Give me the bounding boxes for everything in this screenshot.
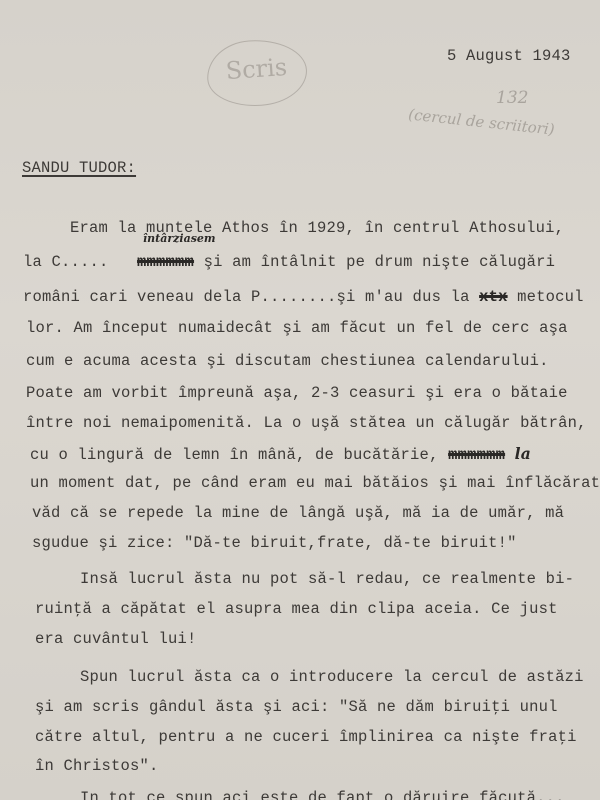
- handwritten-la: la: [515, 444, 531, 463]
- text-line: la C..... mmmmmm şi am întâlnit pe drum …: [23, 253, 555, 271]
- text-line: ruinţă a căpătat el asupra mea din clipa…: [35, 600, 558, 618]
- speaker-heading: SANDU TUDOR:: [22, 159, 136, 177]
- text-line: Insă lucrul ăsta nu pot să-l redau, ce r…: [80, 570, 574, 588]
- text-line: în Christos".: [35, 757, 159, 775]
- struck-word: xtx: [479, 288, 508, 306]
- text-line: un moment dat, pe când eram eu mai bătăi…: [30, 474, 600, 492]
- struck-word: mmmmmm: [137, 253, 194, 271]
- text-line: cu o lingură de lemn în mână, de bucătăr…: [30, 444, 531, 464]
- text-line: lor. Am început numaidecât şi am făcut u…: [26, 319, 568, 337]
- pencil-note: (cercul de scriitori): [407, 105, 555, 138]
- text-line: către altul, pentru a ne cuceri împlinir…: [35, 728, 577, 746]
- scris-stamp: Scris: [205, 37, 309, 110]
- text-line: români cari veneau dela P........şi m'au…: [23, 288, 584, 306]
- text-line: Poate am vorbit împreună aşa, 2-3 ceasur…: [26, 384, 568, 402]
- text-line: văd că se repede la mine de lângă uşă, m…: [32, 504, 564, 522]
- text-line: era cuvântul lui!: [35, 630, 197, 648]
- text-line: cum e acuma acesta şi discutam chestiune…: [26, 352, 549, 370]
- text-line: şi am scris gândul ăsta şi aci: "Să ne d…: [35, 698, 558, 716]
- folio-number: 132: [496, 88, 528, 108]
- text-line: Spun lucrul ăsta ca o introducere la cer…: [80, 668, 584, 686]
- handwritten-insertion: întârziasem: [143, 232, 216, 245]
- document-date: 5 August 1943: [447, 47, 571, 65]
- text-line: între noi nemaipomenită. La o uşă stătea…: [26, 414, 587, 432]
- text-line: In tot ce spun aci este de fapt o dăruir…: [80, 789, 565, 800]
- struck-word: mmmmmm: [448, 446, 505, 464]
- text-line: sgudue şi zice: "Dă-te biruit,frate, dă-…: [32, 534, 517, 552]
